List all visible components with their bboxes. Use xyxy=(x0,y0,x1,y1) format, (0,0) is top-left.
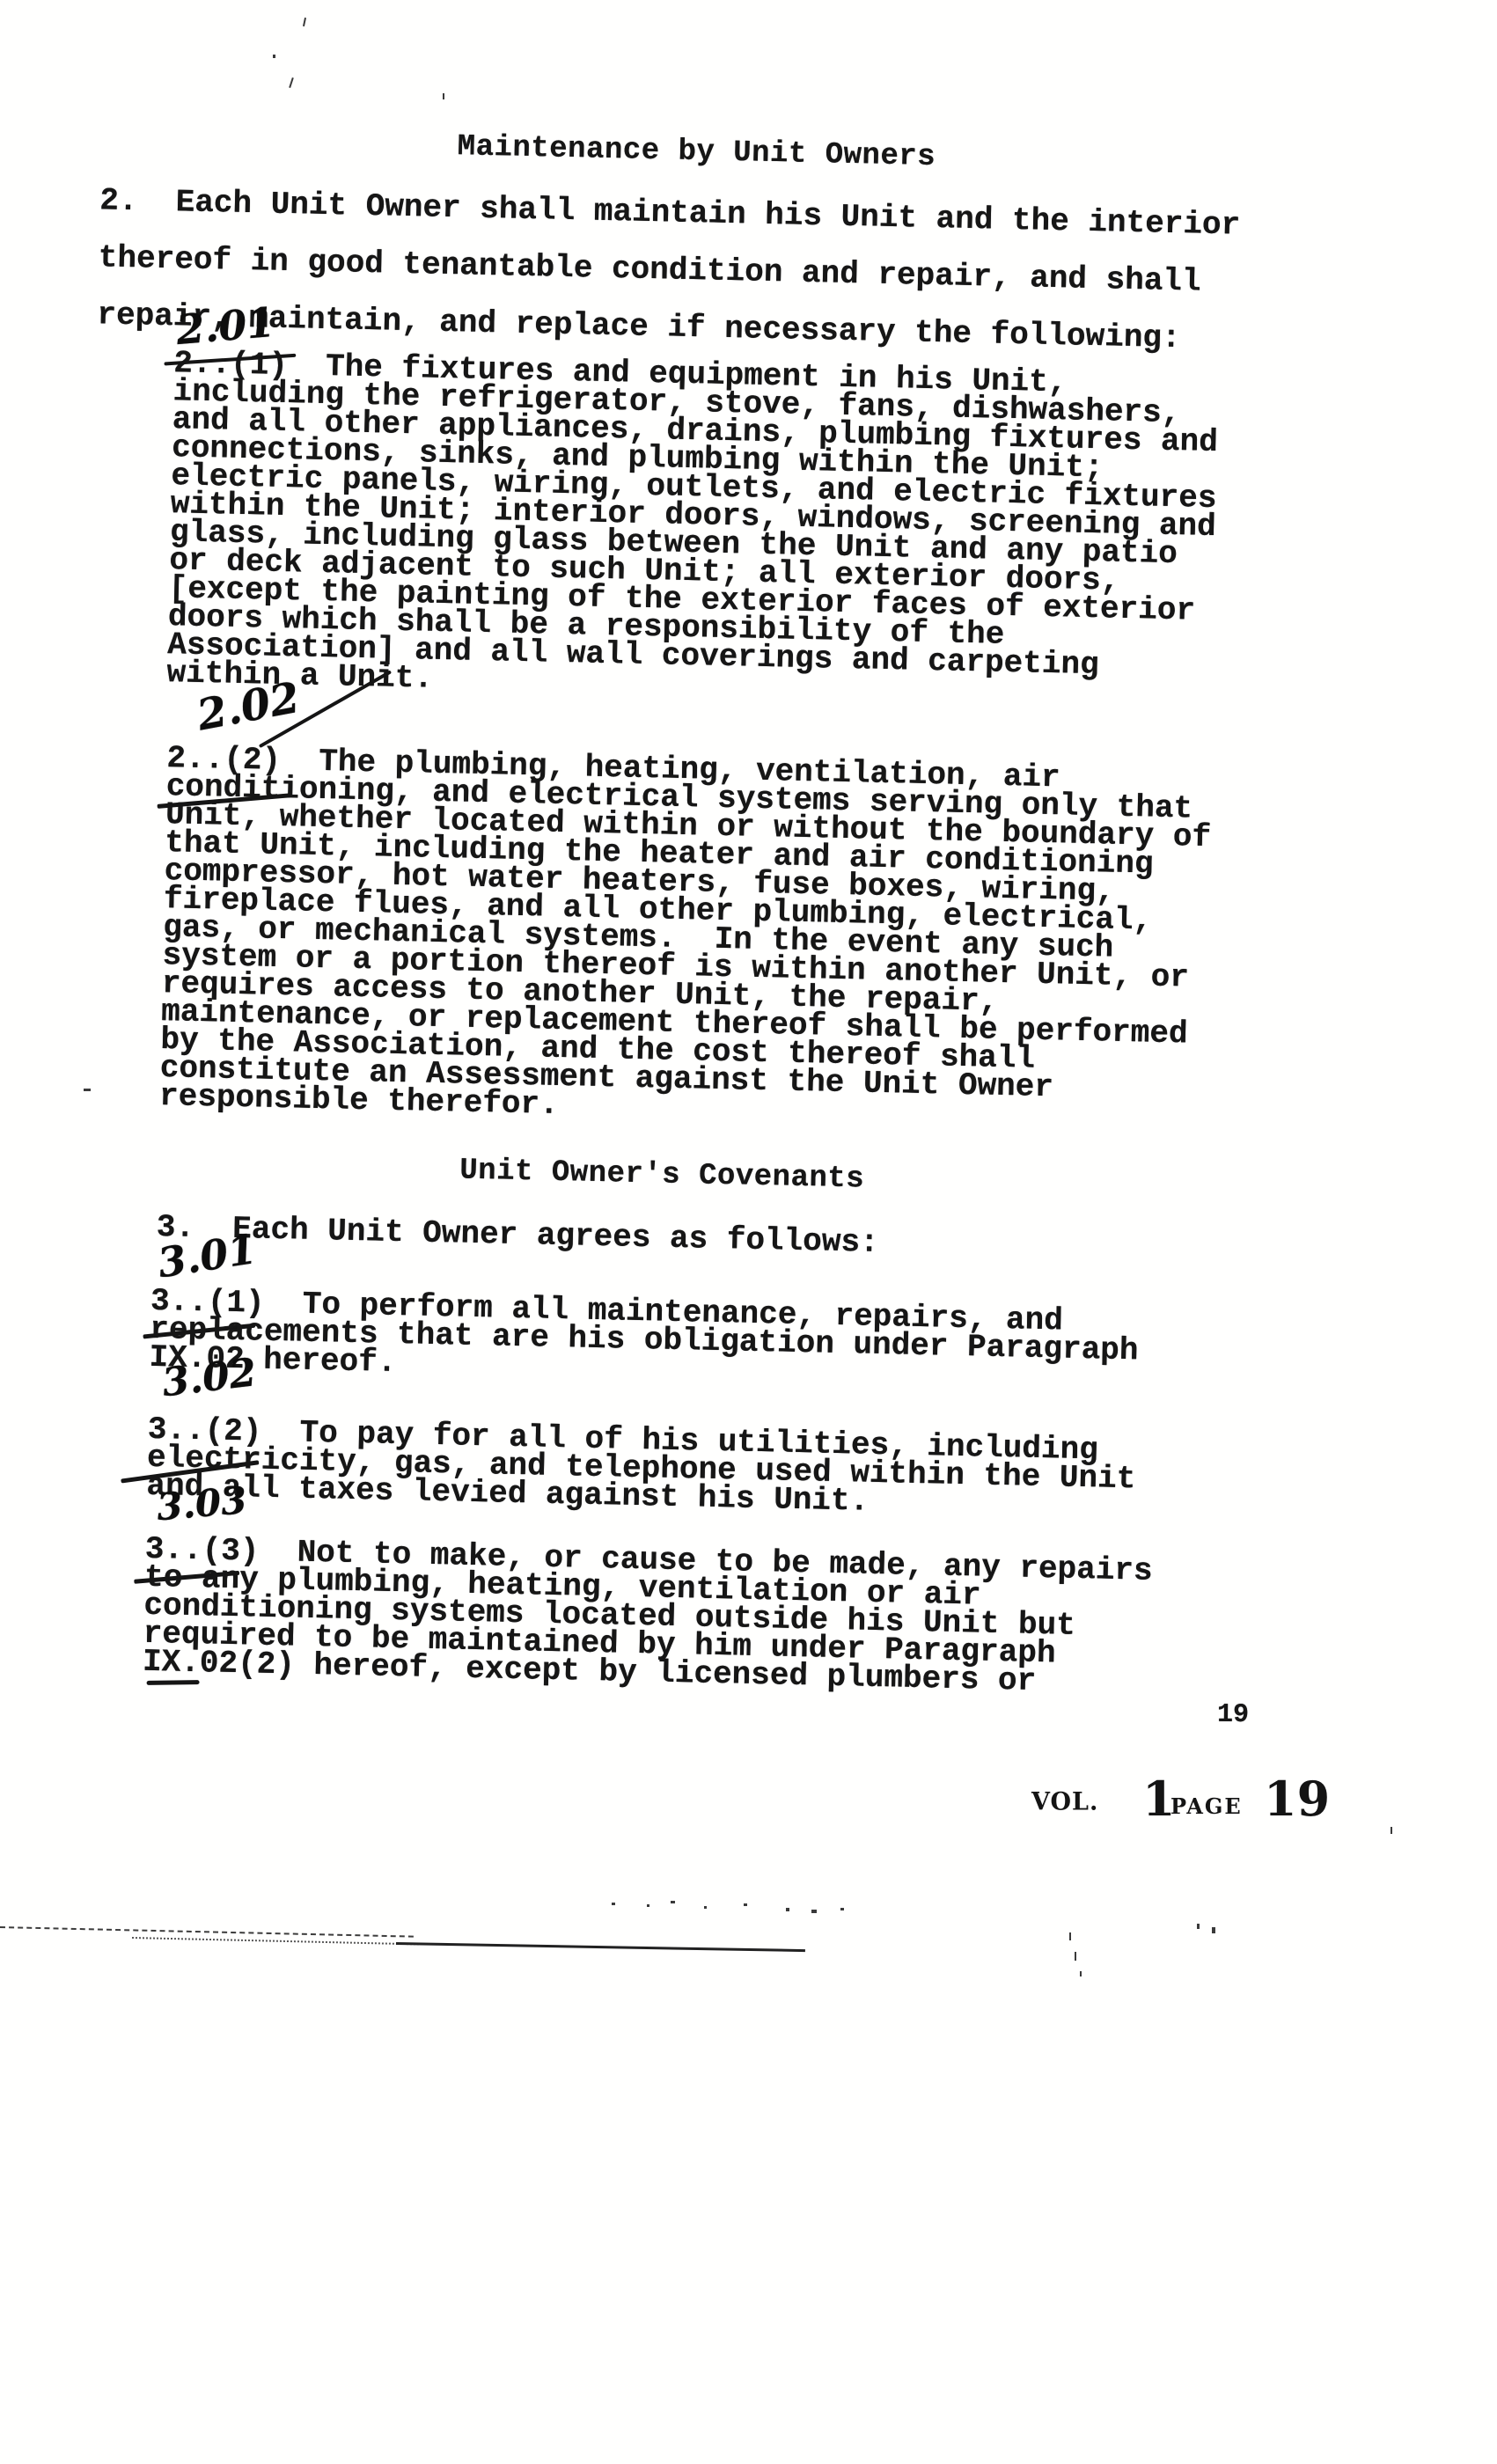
page-stamp-value: 19 xyxy=(1264,1771,1330,1827)
scan-speck xyxy=(1080,1971,1082,1976)
paragraph-3: 3. Each Unit Owner agrees as follows: xyxy=(156,1214,878,1258)
scan-speck xyxy=(840,1908,844,1910)
volume-stamp-label: VOL. xyxy=(1031,1787,1098,1816)
scan-speck xyxy=(671,1901,675,1903)
scan-speck xyxy=(443,93,444,99)
scan-speck xyxy=(744,1903,747,1906)
scan-speck xyxy=(1212,1927,1215,1933)
scan-speck xyxy=(704,1906,707,1909)
scanned-document-page: Maintenance by Unit Owners 2. Each Unit … xyxy=(0,0,1497,2464)
page-stamp-label: PAGE xyxy=(1170,1793,1243,1819)
document-title: Maintenance by Unit Owners xyxy=(457,133,936,172)
scan-speck xyxy=(1075,1952,1076,1961)
page-number: 19 xyxy=(1217,1701,1249,1729)
handwritten-annotation-3-03: 3.03 xyxy=(155,1478,248,1529)
subparagraph-3-1: 3..(1) To perform all maintenance, repai… xyxy=(149,1287,1139,1393)
subparagraph-3-2: 3..(2) To pay for all of his utilities, … xyxy=(146,1416,1136,1522)
handwritten-underline xyxy=(147,1680,200,1685)
section-heading-covenants: Unit Owner's Covenants xyxy=(459,1157,864,1194)
scan-speck xyxy=(84,1089,91,1091)
scan-speck xyxy=(647,1904,649,1907)
subparagraph-3-3: 3..(3) Not to make, or cause to be made,… xyxy=(143,1536,1153,1698)
scan-speck xyxy=(1069,1932,1071,1940)
scan-speck xyxy=(612,1903,615,1905)
handwritten-annotation-2-01: 2.01 xyxy=(174,298,276,354)
typed-content: Maintenance by Unit Owners 2. Each Unit … xyxy=(7,0,1459,2052)
subparagraph-2-1: 2..(1) The fixtures and equipment in his… xyxy=(166,349,1219,710)
scan-speck xyxy=(811,1910,817,1913)
scan-speck xyxy=(1391,1827,1392,1834)
subparagraph-2-2: 2..(2) The plumbing, heating, ventilatio… xyxy=(159,744,1213,1133)
scan-speck xyxy=(273,55,275,58)
scan-speck xyxy=(786,1908,789,1911)
scan-speck xyxy=(1197,1924,1200,1929)
